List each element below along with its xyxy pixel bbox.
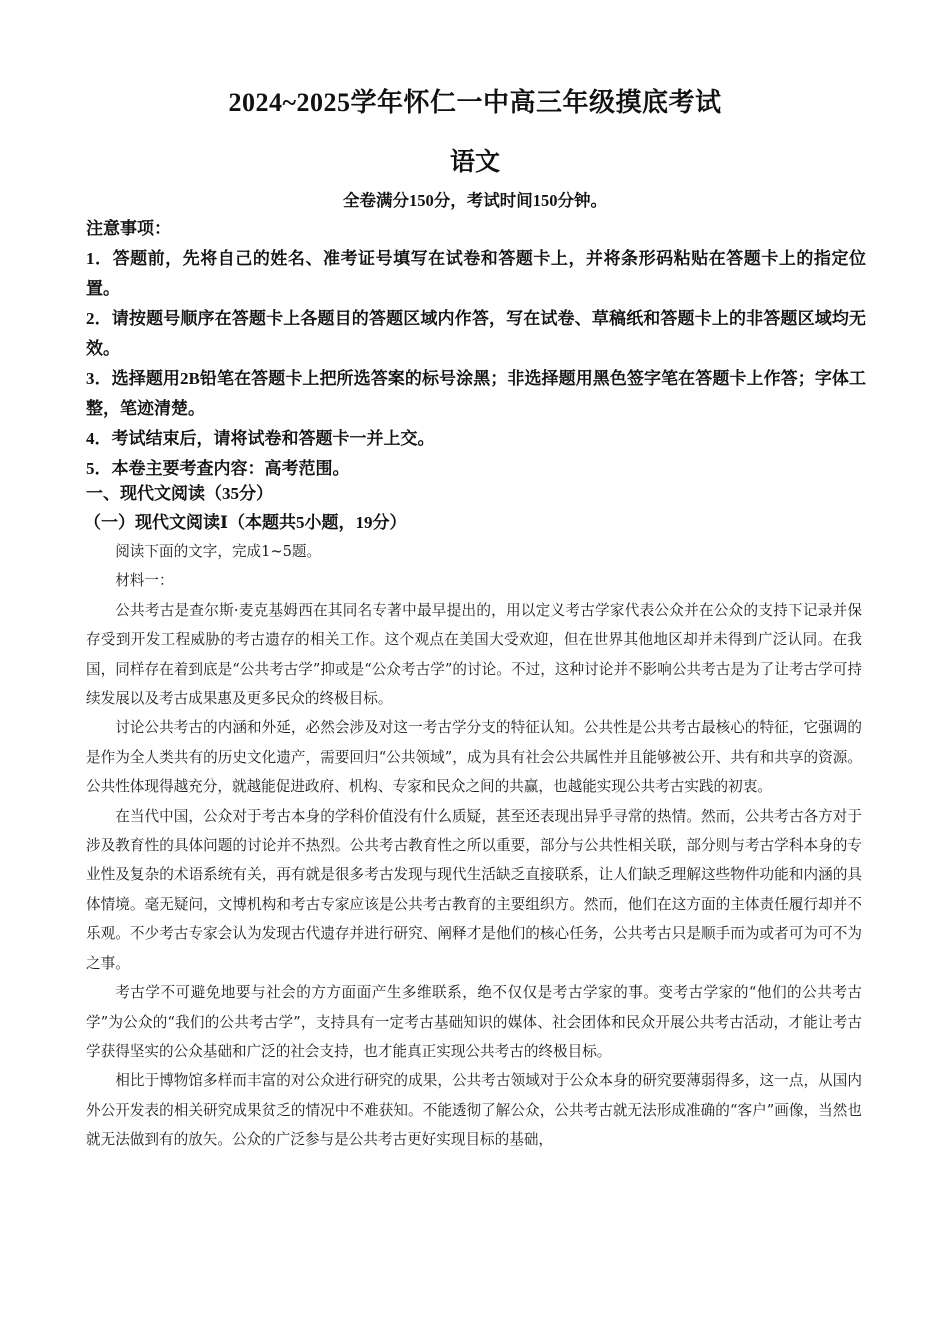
material-label: 材料一：	[86, 566, 862, 595]
passage-paragraph-2: 讨论公共考古的内涵和外延，必然会涉及对这一考古学分支的特征认知。公共性是公共考古…	[86, 713, 862, 801]
passage-paragraph-3: 在当代中国，公众对于考古本身的学科价值没有什么质疑，甚至还表现出异乎寻常的热情。…	[86, 802, 862, 978]
passage-paragraph-4: 考古学不可避免地要与社会的方方面面产生多维联系，绝不仅仅是考古学家的事。变考古学…	[86, 978, 862, 1066]
passage-paragraph-1: 公共考古是查尔斯·麦克基姆西在其同名专著中最早提出的，用以定义考古学家代表公众并…	[86, 596, 862, 714]
reading-passage: 阅读下面的文字，完成1~5题。 材料一： 公共考古是查尔斯·麦克基姆西在其同名专…	[86, 537, 862, 1155]
subject-title: 语文	[0, 142, 950, 178]
notice-item-4: 4．考试结束后，请将试卷和答题卡一并上交。	[86, 424, 866, 454]
notice-item-3: 3．选择题用2B铅笔在答题卡上把所选答案的标号涂黑；非选择题用黑色签字笔在答题卡…	[86, 364, 866, 424]
section-heading: 一、现代文阅读（35分）	[86, 479, 866, 509]
notice-item-2: 2．请按题号顺序在答题卡上各题目的答题区域内作答，写在试卷、草稿纸和答题卡上的非…	[86, 304, 866, 364]
exam-title: 2024~2025学年怀仁一中高三年级摸底考试	[0, 82, 950, 119]
subsection-heading: （一）现代文阅读Ⅰ（本题共5小题，19分）	[84, 508, 864, 538]
full-score-note: 全卷满分150分，考试时间150分钟。	[0, 187, 950, 211]
passage-paragraph-5: 相比于博物馆多样而丰富的对公众进行研究的成果，公共考古领域对于公众本身的研究要薄…	[86, 1066, 862, 1154]
reading-instruction: 阅读下面的文字，完成1~5题。	[86, 537, 862, 566]
exam-page: 2024~2025学年怀仁一中高三年级摸底考试 语文 全卷满分150分，考试时间…	[0, 0, 950, 1344]
notice-heading: 注意事项：	[86, 214, 866, 244]
notice-item-1: 1．答题前，先将自己的姓名、准考证号填写在试卷和答题卡上，并将条形码粘贴在答题卡…	[86, 244, 866, 304]
notice-block: 注意事项： 1．答题前，先将自己的姓名、准考证号填写在试卷和答题卡上，并将条形码…	[86, 214, 866, 484]
